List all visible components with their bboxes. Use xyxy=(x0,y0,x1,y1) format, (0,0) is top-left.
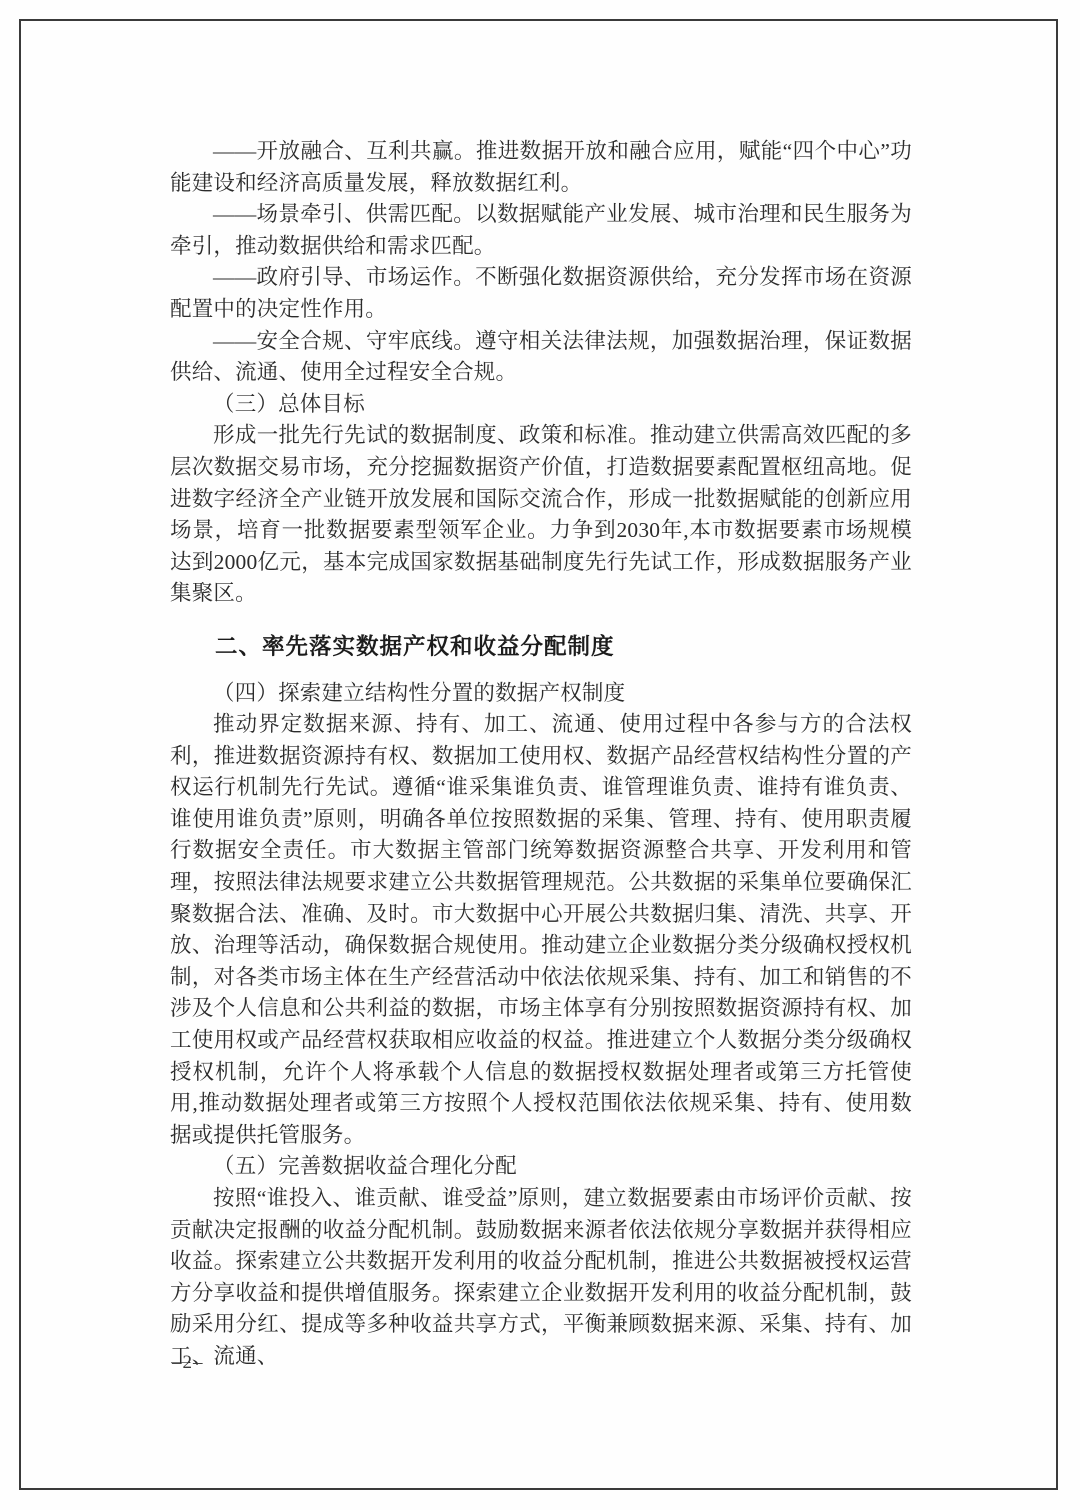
document-body: ——开放融合、互利共赢。推进数据开放和融合应用，赋能“四个中心”功能建设和经济高… xyxy=(170,136,912,1373)
section-heading-2: 二、率先落实数据产权和收益分配制度 xyxy=(170,631,912,663)
page-number: –2– xyxy=(172,1352,204,1374)
paragraph-overall-goal: 形成一批先行先试的数据制度、政策和标准。推动建立供需高效匹配的多层次数据交易市场… xyxy=(170,420,912,610)
paragraph-income-distribution: 按照“谁投入、谁贡献、谁受益”原则，建立数据要素由市场评价贡献、按贡献决定报酬的… xyxy=(170,1183,912,1373)
subsection-heading-3: （三）总体目标 xyxy=(170,389,912,421)
subsection-heading-5: （五）完善数据收益合理化分配 xyxy=(170,1151,912,1183)
paragraph-guideline-open: ——开放融合、互利共赢。推进数据开放和融合应用，赋能“四个中心”功能建设和经济高… xyxy=(170,136,912,199)
paragraph-guideline-scene: ——场景牵引、供需匹配。以数据赋能产业发展、城市治理和民生服务为牵引，推动数据供… xyxy=(170,199,912,262)
paragraph-guideline-security: ——安全合规、守牢底线。遵守相关法律法规，加强数据治理，保证数据供给、流通、使用… xyxy=(170,326,912,389)
paragraph-guideline-gov: ——政府引导、市场运作。不断强化数据资源供给，充分发挥市场在资源配置中的决定性作… xyxy=(170,262,912,325)
document-page: ——开放融合、互利共赢。推进数据开放和融合应用，赋能“四个中心”功能建设和经济高… xyxy=(0,0,1080,1510)
subsection-heading-4: （四）探索建立结构性分置的数据产权制度 xyxy=(170,678,912,710)
paragraph-data-property-rights: 推动界定数据来源、持有、加工、流通、使用过程中各参与方的合法权利，推进数据资源持… xyxy=(170,709,912,1151)
